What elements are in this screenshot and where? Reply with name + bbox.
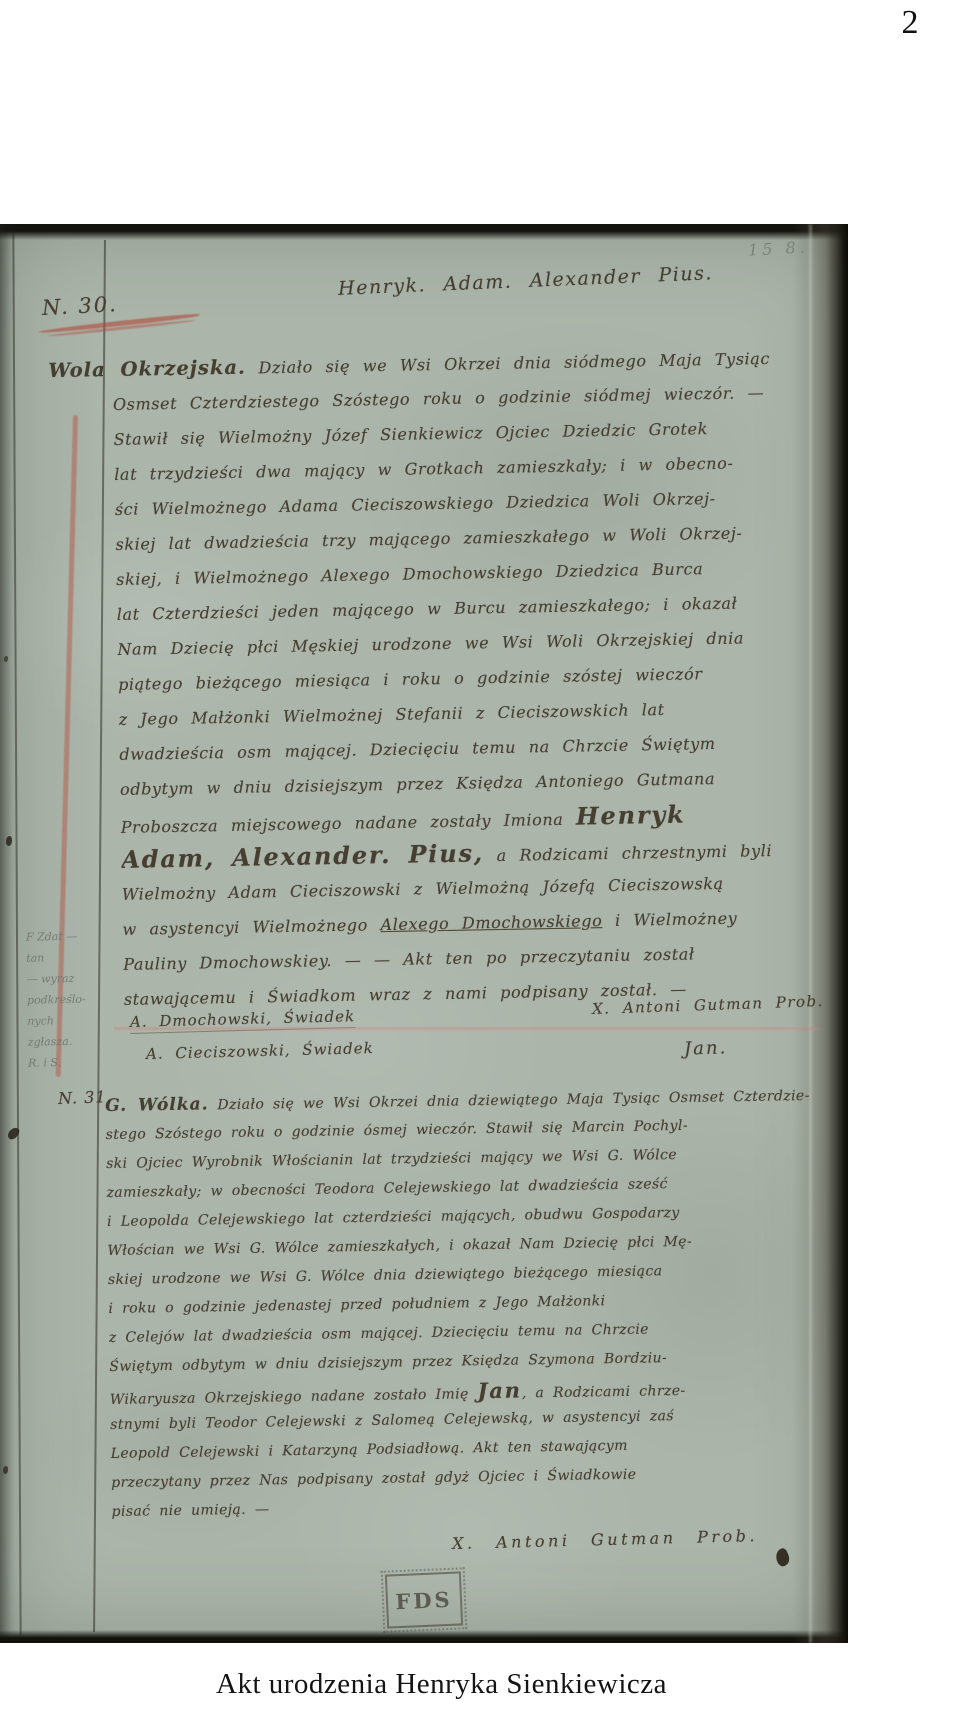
text-segment: Wola Okrzejska. xyxy=(48,356,246,383)
scan-edge-top xyxy=(0,224,848,240)
page-number: 2 xyxy=(880,4,940,42)
library-stamp: FDS xyxy=(385,1571,463,1628)
text-line: F Zdat — xyxy=(26,925,106,947)
record30-text: Wola Okrzejska. Działo się we Wsi Okrzei… xyxy=(112,339,828,1017)
scan-edge-bottom xyxy=(0,1630,848,1643)
witness-signature-2: A. Cieciszowski, Świadek xyxy=(146,1039,374,1063)
archival-pencil-number: 15 8. xyxy=(748,237,810,259)
library-stamp-letters: FDS xyxy=(395,1586,453,1613)
record30-name-header: Henryk. Adam. Alexander Pius. xyxy=(338,262,714,300)
text-segment: Alexego Dmochowskiego xyxy=(380,911,602,934)
text-segment: Jan xyxy=(477,1377,522,1403)
text-segment: Henryk xyxy=(576,800,686,831)
text-segment: G. Wólka. xyxy=(105,1094,209,1116)
text-segment: , a Rodzicami chrze- xyxy=(522,1383,686,1402)
text-segment: Adam, Alexander. Pius, xyxy=(121,838,484,874)
text-segment: Działo się we Wsi Okrzei dnia dziewiąteg… xyxy=(208,1088,809,1113)
text-line: zgłasza. xyxy=(28,1030,108,1052)
text-line: — wyraz xyxy=(26,967,106,989)
text-segment: i Wielmożney xyxy=(602,909,737,930)
text-segment: Działo się we Wsi Okrzei dnia siódmego M… xyxy=(246,349,770,378)
pink-separator-line xyxy=(114,1027,820,1030)
record30-act-number: N. 30. xyxy=(41,292,118,320)
text-segment: w asystencyi Wielmożnego xyxy=(122,915,380,939)
text-line: podkreślo- xyxy=(27,988,107,1010)
text-line: tan xyxy=(26,946,106,968)
text-segment: Proboszcza miejscowego nadane zostały Im… xyxy=(121,810,577,837)
text-line: nych xyxy=(27,1009,107,1031)
text-line: R. i S. xyxy=(28,1051,108,1073)
manuscript-scan: 15 8. Henryk. Adam. Alexander Pius. N. 3… xyxy=(0,224,848,1643)
ink-blot xyxy=(773,1547,792,1568)
caption: Akt urodzenia Henryka Sienkiewicza xyxy=(216,1668,667,1701)
record31-text: G. Wólka. Działo się we Wsi Okrzei dnia … xyxy=(105,1081,824,1527)
text-segment: a Rodzicami chrzestnymi byli xyxy=(484,841,772,865)
text-segment: Wikaryusza Okrzejskiego nadane zostało I… xyxy=(110,1386,478,1408)
page: 2 15 8. Henryk. Adam. Alexander Pius. N.… xyxy=(0,0,960,1713)
record31-name-header: Jan. xyxy=(684,1037,728,1059)
record30-marginal-note: F Zdat —tan— wyrazpodkreślo-nychzgłasza.… xyxy=(26,925,109,1073)
priest-signature-record31: X. Antoni Gutman Prob. xyxy=(452,1526,758,1553)
